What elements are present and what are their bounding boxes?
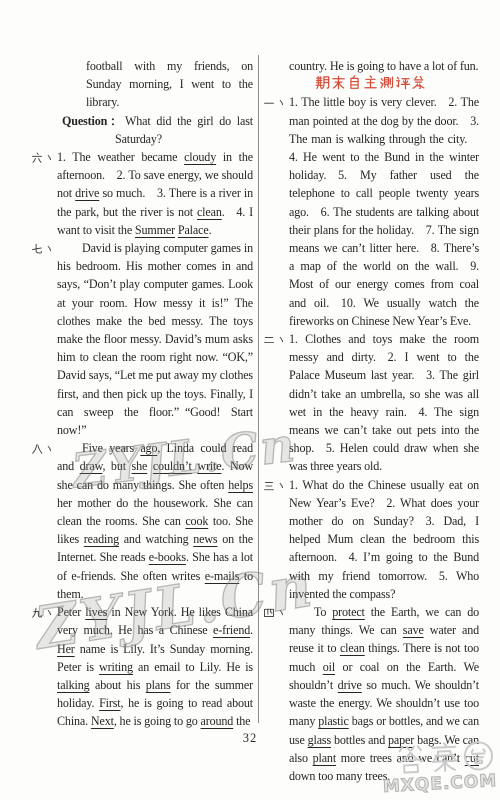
answer-blank: ago [140,441,157,455]
answer-blank: plant [313,751,336,765]
answer-section: Five years ago, Linda could read and dra… [30,439,253,603]
answer-blank: writing [99,660,133,674]
section-marker [262,93,289,112]
cjk-char [263,334,275,346]
continuation-paragraph: country. He is going to have a lot of fu… [289,57,479,75]
answer-blank: Her [57,642,75,656]
left-column: football with my friends, on Sunday morn… [30,57,253,731]
section-body: David is playing computer games in his b… [57,239,253,439]
answer-blank: plastic [318,714,349,728]
answer-section: Peter lives in New York. He likes China … [30,603,253,730]
answer-text: an email to Lily. He is [133,660,253,674]
cjk-char [31,152,43,164]
column-divider [258,55,259,723]
right-column: country. He is going to have a lot of fu… [262,57,479,785]
section-body: 1. The weather became cloudy in the afte… [57,148,253,239]
cjk-char [315,75,330,90]
answer-blank: Palace [178,223,209,237]
question-label: Question： [62,114,125,128]
answer-blank: she [132,459,148,473]
answer-blank: write [197,459,221,473]
section-body: Five years ago, Linda could read and dra… [57,439,253,603]
cjk-char [44,443,56,455]
cjk-char [411,75,426,90]
answer-blank: cook [185,514,208,528]
answer-blank: plans [146,678,171,692]
answer-blank: save [403,623,424,637]
answer-text: To [314,605,332,619]
answer-blank: cut [465,751,479,765]
cjk-char [363,75,378,90]
section-marker [30,239,57,258]
section-marker [262,476,289,495]
section-marker [30,439,57,458]
cjk-char [44,607,56,619]
book-page: football with my friends, on Sunday morn… [0,0,500,800]
cjk-char [331,75,346,90]
answer-blank: Summer [135,223,175,237]
cjk-char [31,443,43,455]
cjk-char [263,607,275,619]
cjk-char [31,607,43,619]
page-number: 32 [0,729,500,747]
answer-text: more trees and we can’t [336,751,465,765]
answer-text: , he is going to go [114,714,201,728]
answer-section: 1. What do the Chinese usually eat on Ne… [262,476,479,603]
answer-section: 1. The weather became cloudy in the afte… [30,148,253,239]
answer-text: 1. The little boy is very clever. 2. The… [289,95,479,327]
section-marker [30,148,57,167]
answer-blank: protect [332,605,365,619]
answer-text: down too many trees. [289,769,390,783]
answer-blank: helps [228,478,253,492]
cjk-char [31,243,43,255]
answer-text: and watching [119,532,193,546]
section-body: 1. What do the Chinese usually eat on Ne… [289,476,479,603]
cjk-char [395,75,410,90]
cjk-char [276,97,288,109]
continuation-paragraph: football with my friends, on Sunday morn… [86,57,253,112]
section-marker [30,603,57,622]
section-marker [262,330,289,349]
answer-blank: e-friend [213,623,250,637]
answer-text: 1. What do the Chinese usually eat on Ne… [289,478,479,601]
cjk-char [263,480,275,492]
section-body: Peter lives in New York. He likes China … [57,603,253,730]
section-body: 1. Clothes and toys make the room messy … [289,330,479,476]
answer-section: 1. The little boy is very clever. 2. The… [262,93,479,330]
answer-section: 1. Clothes and toys make the room messy … [262,330,479,476]
answer-blank: around [201,714,234,728]
answer-text: What did the girl do last Saturday? [115,114,253,146]
answer-section: To protect the Earth, we can do many thi… [262,603,479,785]
answer-blank: couldn’t [153,459,192,473]
answer-text: Five years [82,441,140,455]
answer-text: about his [90,678,146,692]
answer-blank: cloudy [184,150,216,164]
cjk-char [276,334,288,346]
answer-blank: clean [340,641,365,655]
section-body: 1. The little boy is very clever. 2. The… [289,93,479,330]
answer-text: football with my friends, on Sunday morn… [86,59,253,109]
answer-section: David is playing computer games in his b… [30,239,253,439]
answer-blank: drive [338,678,362,692]
answer-text: 1. The weather became [57,150,184,164]
answer-text: . [250,623,253,637]
answer-blank: reading [84,532,119,546]
answer-blank: e-mails [205,569,240,583]
cjk-char [44,152,56,164]
answer-blank: draw [80,459,103,473]
cjk-char [276,607,288,619]
answer-blank: news [193,532,217,546]
cjk-char [276,480,288,492]
answer-blank: First [99,696,120,710]
cjk-char [263,97,275,109]
cjk-char [44,243,56,255]
answer-blank: clean [197,205,222,219]
cjk-char [379,75,394,90]
answer-text: 1. Clothes and toys make the room messy … [289,332,479,473]
section-marker [262,603,289,622]
answer-text: David is playing computer games in his b… [57,241,253,437]
test-paper-heading [262,75,479,93]
answer-text: the [233,714,250,728]
answer-blank: drive [75,186,99,200]
answer-blank: talking [57,678,90,692]
answer-blank: Next [91,714,114,728]
answer-blank: oil [323,660,335,674]
answer-text: . [209,223,212,237]
answer-text: country. He is going to have a lot of fu… [289,59,478,73]
answer-blank: e-books [149,550,186,564]
answer-text: , but [102,459,131,473]
cjk-char [347,75,362,90]
section-body: To protect the Earth, we can do many thi… [289,603,479,785]
question-block: Question：What did the girl do last Satur… [62,112,253,148]
answer-text: Peter [57,605,85,619]
answer-blank: lives [85,605,107,619]
